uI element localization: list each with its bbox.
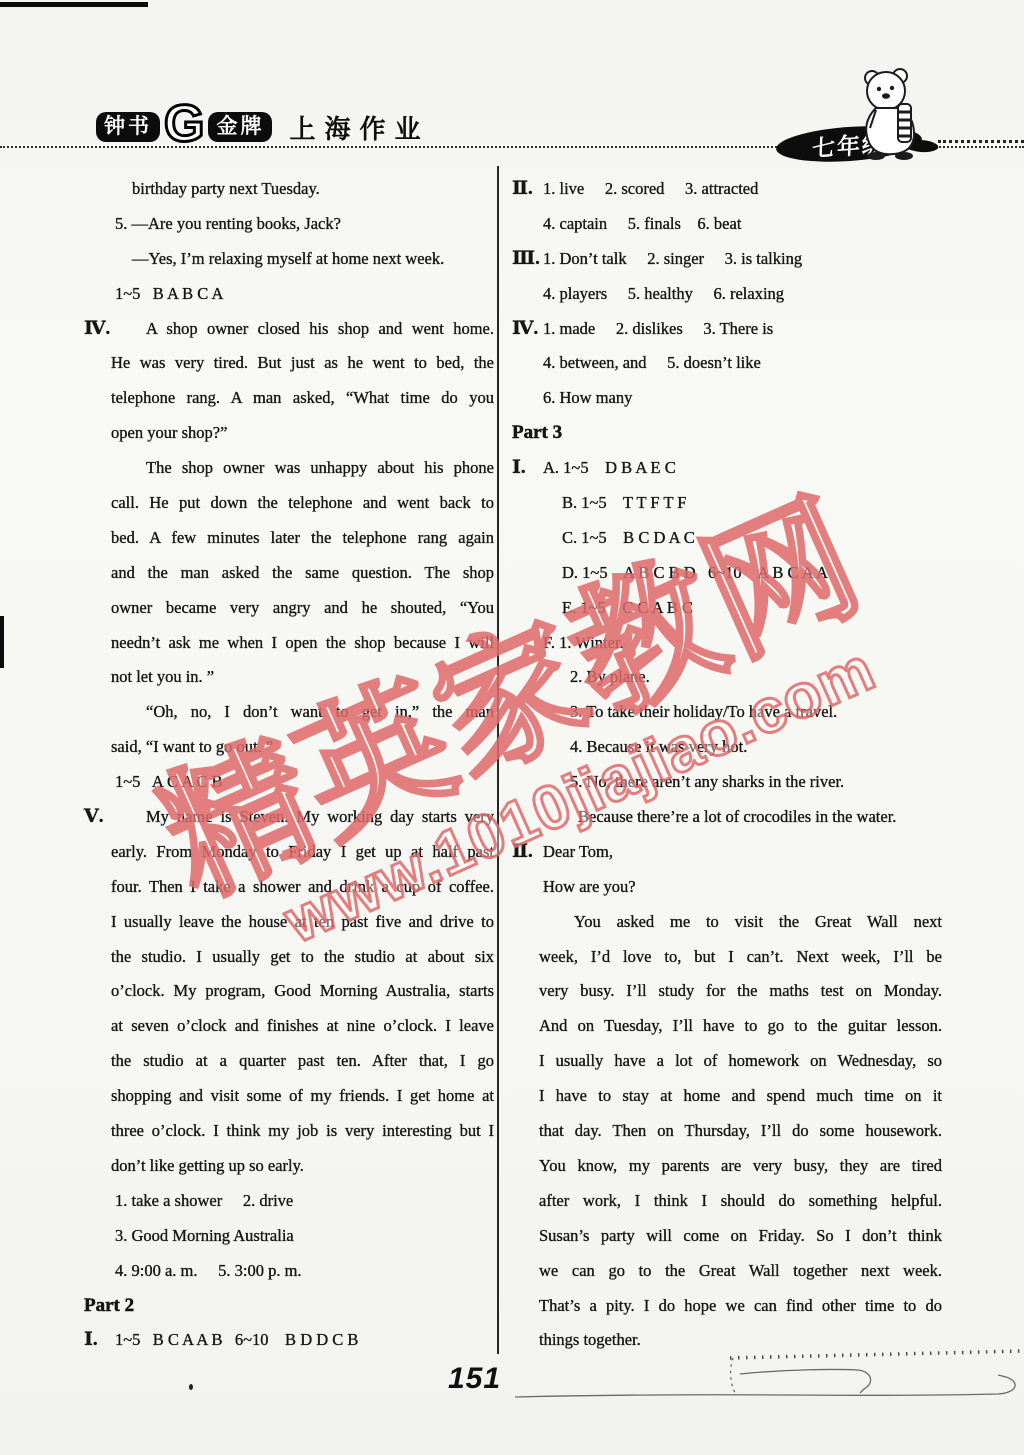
section-line: Ⅱ.1. live 2. scored 3. attracted xyxy=(512,172,942,207)
line-text: the studio at a quarter past ten. After … xyxy=(111,1051,494,1070)
text-line: we can go to the Great Wall together nex… xyxy=(512,1254,942,1289)
text-line: “Oh, no, I don’t want to get in,” the ma… xyxy=(84,695,494,730)
section-line: Ⅳ.1. made 2. dislikes 3. There is xyxy=(512,312,942,347)
text-line: needn’t ask me when I open the shop beca… xyxy=(84,626,494,661)
badge-side-dots xyxy=(938,140,1024,143)
line-text: A. 1~5 D B A E C xyxy=(543,458,676,477)
line-text: Part 2 xyxy=(84,1295,134,1316)
line-text: open your shop?” xyxy=(111,423,227,442)
text-line: He was very tired. But just as he went t… xyxy=(84,346,494,381)
line-text: shopping and visit some of my friends. I… xyxy=(111,1086,494,1105)
line-text: 1~5 B A B C A xyxy=(115,284,223,303)
line-text: Dear Tom, xyxy=(543,842,613,861)
line-text: early. From Monday to Friday I get up at… xyxy=(111,842,494,861)
text-line: the studio. I usually get to the studio … xyxy=(84,940,494,975)
text-line: Susan’s party will come on Friday. So I … xyxy=(512,1219,942,1254)
line-text: 5. No, there aren’t any sharks in the ri… xyxy=(570,772,844,791)
text-line: o’clock. My program, Good Morning Austra… xyxy=(84,974,494,1009)
line-text: The shop owner was unhappy about his pho… xyxy=(146,458,494,477)
line-text: 4. captain 5. finals 6. beat xyxy=(543,214,741,233)
section-marker: Ⅲ. xyxy=(512,242,540,277)
line-text: B. 1~5 T T F T F xyxy=(562,493,686,512)
line-text: A shop owner closed his shop and went ho… xyxy=(146,319,494,338)
line-text: 1~5 B C A A B 6~10 B D D C B xyxy=(115,1330,358,1349)
text-line: 5. —Are you renting books, Jack? xyxy=(84,207,494,242)
column-divider-rule xyxy=(497,166,499,1354)
text-line: —Yes, I’m relaxing myself at home next w… xyxy=(84,242,494,277)
text-line: bed. A few minutes later the telephone r… xyxy=(84,521,494,556)
logo-g-letter: G xyxy=(164,102,204,146)
text-line: I have to stay at home and spend much ti… xyxy=(512,1079,942,1114)
text-line: How are you? xyxy=(512,870,942,905)
section-line: Ⅰ.1~5 B C A A B 6~10 B D D C B xyxy=(84,1323,494,1358)
scan-artifact-dot xyxy=(189,1384,193,1390)
section-marker: Ⅱ. xyxy=(512,172,533,207)
part-heading: Part 2 xyxy=(84,1289,494,1324)
line-text: four. Then I take a shower and drink a c… xyxy=(111,877,494,896)
line-text: 1. live 2. scored 3. attracted xyxy=(543,179,758,198)
line-text: —Yes, I’m relaxing myself at home next w… xyxy=(132,249,444,268)
text-line: telephone rang. A man asked, “What time … xyxy=(84,381,494,416)
line-text: Susan’s party will come on Friday. So I … xyxy=(539,1226,942,1245)
line-text: 1. take a shower 2. drive xyxy=(115,1191,293,1210)
section-line: Ⅱ.Dear Tom, xyxy=(512,835,942,870)
line-text: I usually have a lot of homework on Wedn… xyxy=(539,1051,942,1070)
section-marker: Ⅰ. xyxy=(512,451,526,486)
text-line: I usually leave the house at ten past fi… xyxy=(84,905,494,940)
line-text: D. 1~5 A B C B D 6~10 A B C A A xyxy=(562,563,828,582)
line-text: needn’t ask me when I open the shop beca… xyxy=(111,633,494,652)
section-marker: Ⅳ. xyxy=(512,312,538,347)
line-text: don’t like getting up so early. xyxy=(111,1156,304,1175)
line-text: very busy. I’ll study for the maths test… xyxy=(539,981,942,1000)
line-text: C. 1~5 B C D A C xyxy=(562,528,695,547)
text-line: 4. captain 5. finals 6. beat xyxy=(512,207,942,242)
text-line: at seven o’clock and finishes at nine o’… xyxy=(84,1009,494,1044)
line-text: we can go to the Great Wall together nex… xyxy=(539,1261,942,1280)
line-text: I usually leave the house at ten past fi… xyxy=(111,912,494,931)
text-line: that day. Then on Thursday, I’ll do some… xyxy=(512,1114,942,1149)
line-text: o’clock. My program, Good Morning Austra… xyxy=(111,981,494,1000)
text-line: week, I’d love to, but I can’t. Next wee… xyxy=(512,940,942,975)
line-text: bed. A few minutes later the telephone r… xyxy=(111,528,494,547)
section-line: Ⅴ.My name is Steven. My working day star… xyxy=(84,800,494,835)
line-text: week, I’d love to, but I can’t. Next wee… xyxy=(539,947,942,966)
line-text: said, “I want to go out. ” xyxy=(111,737,273,756)
line-text: He was very tired. But just as he went t… xyxy=(111,353,494,372)
series-title: 上海作业 xyxy=(289,109,429,146)
text-line: You asked me to visit the Great Wall nex… xyxy=(512,905,942,940)
line-text: That’s a pity. I do hope we can find oth… xyxy=(539,1296,942,1315)
line-text: You know, my parents are very busy, they… xyxy=(539,1156,942,1175)
scan-artifact-top-line xyxy=(0,2,148,7)
section-line: Ⅲ.1. Don’t talk 2. singer 3. is talking xyxy=(512,242,942,277)
line-text: the studio. I usually get to the studio … xyxy=(111,947,494,966)
text-line: four. Then I take a shower and drink a c… xyxy=(84,870,494,905)
line-text: telephone rang. A man asked, “What time … xyxy=(111,388,494,407)
text-line: call. He put down the telephone and went… xyxy=(84,486,494,521)
line-text: call. He put down the telephone and went… xyxy=(111,493,494,512)
line-text: 4. between, and 5. doesn’t like xyxy=(543,353,761,372)
text-line: 4. 9:00 a. m. 5. 3:00 p. m. xyxy=(84,1254,494,1289)
line-text: E. 1~5 C C A B C xyxy=(562,598,693,617)
section-marker: Ⅱ. xyxy=(512,835,533,870)
text-line: open your shop?” xyxy=(84,416,494,451)
section-marker: Ⅴ. xyxy=(84,800,104,835)
text-line: three o’clock. I think my job is very in… xyxy=(84,1114,494,1149)
text-line: That’s a pity. I do hope we can find oth… xyxy=(512,1289,942,1324)
line-text: 4. players 5. healthy 6. relaxing xyxy=(543,284,784,303)
line-text: 3. Good Morning Australia xyxy=(115,1226,294,1245)
line-text: 3. To take their holiday/To have a trave… xyxy=(570,702,837,721)
text-line: I usually have a lot of homework on Wedn… xyxy=(512,1044,942,1079)
text-line: And on Tuesday, I’ll have to go to the g… xyxy=(512,1009,942,1044)
line-text: F. 1. Winter. xyxy=(543,633,624,652)
text-line: 1~5 A C A C B xyxy=(84,765,494,800)
line-text: 2. By plane. xyxy=(570,667,650,686)
teddy-bear-mascot-icon xyxy=(846,64,942,164)
line-text: 4. Because it was very hot. xyxy=(570,737,747,756)
line-text: 1~5 A C A C B xyxy=(115,772,223,791)
text-line: 4. players 5. healthy 6. relaxing xyxy=(512,277,942,312)
line-text: and the man asked the same question. The… xyxy=(111,563,494,582)
text-line: said, “I want to go out. ” xyxy=(84,730,494,765)
line-text: that day. Then on Thursday, I’ll do some… xyxy=(539,1121,942,1140)
line-text: at seven o’clock and finishes at nine o’… xyxy=(111,1016,494,1035)
text-line: 3. To take their holiday/To have a trave… xyxy=(512,695,942,730)
line-text: “Oh, no, I don’t want to get in,” the ma… xyxy=(146,702,494,721)
line-text: How are you? xyxy=(543,877,636,896)
line-text: Because there’re a lot of crocodiles in … xyxy=(578,807,896,826)
line-text: owner became very angry and he shouted, … xyxy=(111,598,494,617)
line-text: 4. 9:00 a. m. 5. 3:00 p. m. xyxy=(115,1261,302,1280)
text-line: 3. Good Morning Australia xyxy=(84,1219,494,1254)
part-heading: Part 3 xyxy=(512,416,942,451)
text-line: You know, my parents are very busy, they… xyxy=(512,1149,942,1184)
text-line: birthday party next Tuesday. xyxy=(84,172,494,207)
text-line: not let you in. ” xyxy=(84,660,494,695)
section-marker: Ⅳ. xyxy=(84,312,110,347)
text-line: D. 1~5 A B C B D 6~10 A B C A A xyxy=(512,556,942,591)
text-line: after work, I think I should do somethin… xyxy=(512,1184,942,1219)
text-line: shopping and visit some of my friends. I… xyxy=(84,1079,494,1114)
text-line: Because there’re a lot of crocodiles in … xyxy=(512,800,942,835)
left-column: birthday party next Tuesday.5. —Are you … xyxy=(84,172,494,1358)
section-line: Ⅳ.A shop owner closed his shop and went … xyxy=(84,312,494,347)
scanned-workbook-page: { "header": { "logo_zhongshu": "钟书", "lo… xyxy=(0,0,1024,1455)
section-marker: Ⅰ. xyxy=(84,1323,98,1358)
right-column: Ⅱ.1. live 2. scored 3. attracted4. capta… xyxy=(512,172,942,1358)
text-line: very busy. I’ll study for the maths test… xyxy=(512,974,942,1009)
line-text: three o’clock. I think my job is very in… xyxy=(111,1121,494,1140)
text-line: the studio at a quarter past ten. After … xyxy=(84,1044,494,1079)
line-text: 1. Don’t talk 2. singer 3. is talking xyxy=(543,249,802,268)
text-line: 4. Because it was very hot. xyxy=(512,730,942,765)
scan-artifact-left-mark xyxy=(0,616,4,668)
text-line: 2. By plane. xyxy=(512,660,942,695)
line-text: 6. How many xyxy=(543,388,632,407)
text-line: The shop owner was unhappy about his pho… xyxy=(84,451,494,486)
line-text: And on Tuesday, I’ll have to go to the g… xyxy=(539,1016,942,1035)
text-line: F. 1. Winter. xyxy=(512,626,942,661)
text-line: 4. between, and 5. doesn’t like xyxy=(512,346,942,381)
text-line: 5. No, there aren’t any sharks in the ri… xyxy=(512,765,942,800)
text-line: don’t like getting up so early. xyxy=(84,1149,494,1184)
section-line: Ⅰ.A. 1~5 D B A E C xyxy=(512,451,942,486)
text-line: B. 1~5 T T F T F xyxy=(512,486,942,521)
line-text: My name is Steven. My working day starts… xyxy=(146,807,494,826)
logo-jinpai-pill: 金牌 xyxy=(208,112,272,142)
line-text: 5. —Are you renting books, Jack? xyxy=(115,214,341,233)
text-line: 1. take a shower 2. drive xyxy=(84,1184,494,1219)
text-line: owner became very angry and he shouted, … xyxy=(84,591,494,626)
line-text: Part 3 xyxy=(512,422,562,443)
text-line: E. 1~5 C C A B C xyxy=(512,591,942,626)
text-line: and the man asked the same question. The… xyxy=(84,556,494,591)
publisher-logo: 钟书 G 金牌 上海作业 xyxy=(96,104,429,150)
footer-flourish-decoration xyxy=(440,1338,1024,1410)
line-text: not let you in. ” xyxy=(111,667,214,686)
line-text: birthday party next Tuesday. xyxy=(132,179,320,198)
text-line: 1~5 B A B C A xyxy=(84,277,494,312)
text-line: C. 1~5 B C D A C xyxy=(512,521,942,556)
line-text: 1. made 2. dislikes 3. There is xyxy=(543,319,773,338)
text-line: early. From Monday to Friday I get up at… xyxy=(84,835,494,870)
line-text: after work, I think I should do somethin… xyxy=(539,1191,942,1210)
text-line: 6. How many xyxy=(512,381,942,416)
logo-zhongshu-pill: 钟书 xyxy=(96,112,160,142)
line-text: You asked me to visit the Great Wall nex… xyxy=(574,912,942,931)
line-text: I have to stay at home and spend much ti… xyxy=(539,1086,942,1105)
